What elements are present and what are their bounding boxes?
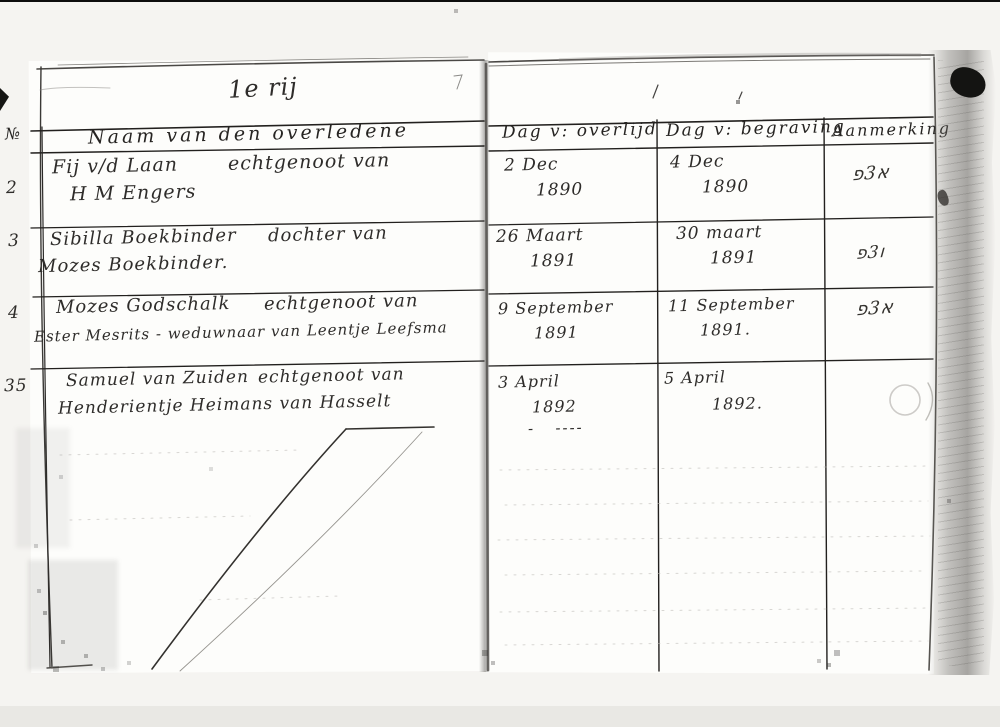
photocopy-top-edge — [0, 0, 1000, 2]
death-year: 1890 — [536, 181, 584, 199]
death-year: 1891 — [534, 324, 579, 341]
burial-year: 1891 — [710, 249, 758, 267]
photocopy-smudge — [16, 428, 70, 548]
header-number: № — [5, 126, 23, 143]
parent-name: Mozes Boekbinder. — [38, 254, 229, 276]
death-year: 1891 — [530, 252, 578, 270]
row-number: 3 — [8, 233, 20, 250]
burial-year: 1892. — [712, 395, 763, 412]
deceased-relation: dochter van — [268, 225, 388, 246]
book-fold-shadow — [479, 60, 490, 672]
photocopy-smudge — [28, 560, 118, 670]
header-burial-date: Dag v: begraving — [666, 119, 846, 140]
scanned-register-page: 1e rij № Naam van den overledene Dag v: … — [0, 0, 1000, 727]
photocopy-noise — [0, 0, 2, 2]
deceased-name: Sibilla Boekbinder — [50, 227, 237, 249]
death-note-dashes: - ---- — [528, 420, 584, 436]
deceased-name: Fij v/d Laan — [52, 156, 178, 178]
burial-day: 4 Dec — [670, 153, 725, 171]
death-day: 3 April — [498, 373, 560, 390]
scanner-bottom-band — [0, 706, 1000, 727]
row-number: 35 — [4, 378, 28, 396]
deceased-relation: echtgenoot van — [264, 292, 419, 313]
hebrew-remark-mark: פ3א — [851, 164, 890, 185]
torn-edge-streaks — [938, 60, 984, 666]
right-page — [486, 52, 936, 674]
burial-day: 30 maart — [676, 224, 763, 243]
row-number: 2 — [6, 180, 18, 197]
header-death-date: Dag v: overlijd — [502, 121, 658, 142]
scan-edge-artifact — [0, 88, 9, 111]
burial-day: 11 September — [668, 296, 795, 315]
death-day: 9 September — [498, 299, 614, 318]
burial-year: 1890 — [702, 178, 750, 196]
hebrew-remark-mark: פ3ו — [855, 244, 886, 263]
deceased-relation: echtgenoot van — [258, 366, 405, 386]
hebrew-remark-mark: פ3א — [855, 299, 894, 320]
spouse-name: H M Engers — [70, 183, 197, 205]
death-day: 26 Maart — [496, 227, 584, 246]
deceased-relation: echtgenoot van — [228, 151, 391, 174]
burial-day: 5 April — [664, 369, 726, 386]
deceased-name: Mozes Godschalk — [56, 295, 231, 317]
burial-year: 1891. — [700, 321, 751, 338]
death-year: 1892 — [532, 398, 577, 415]
deceased-name: Samuel van Zuiden — [66, 369, 249, 390]
page-label: 1e rij — [227, 74, 298, 102]
death-day: 2 Dec — [504, 156, 559, 174]
row-number: 4 — [8, 305, 20, 322]
